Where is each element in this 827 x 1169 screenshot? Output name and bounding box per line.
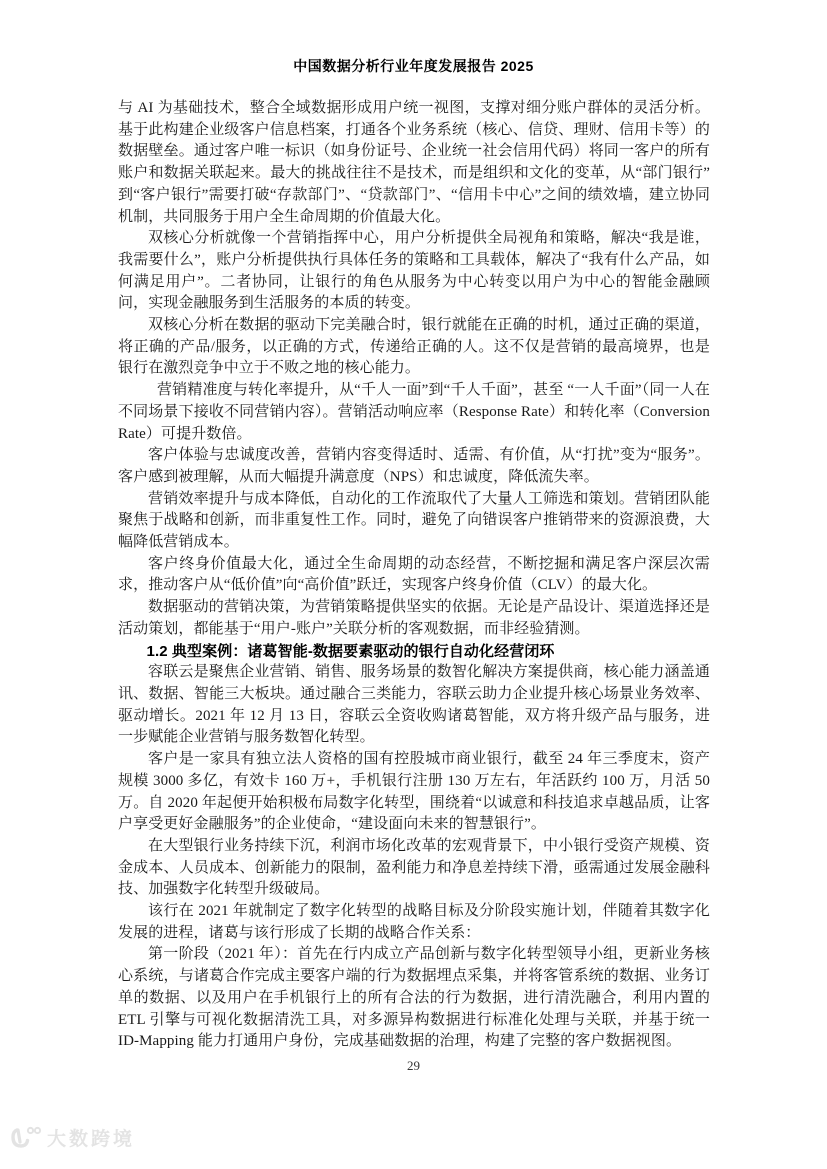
report-header-title: 中国数据分析行业年度发展报告 2025	[0, 0, 827, 76]
document-body: 与 AI 为基础技术，整合全域数据形成用户统一视图，支撑对细分账户群体的灵活分析…	[118, 98, 710, 1053]
paragraph: 客户体验与忠诚度改善，营销内容变得适时、适需、有价值，从“打扰”变为“服务”。客…	[118, 445, 710, 488]
watermark: 大数跨境	[10, 1124, 135, 1151]
document-page: 中国数据分析行业年度发展报告 2025 与 AI 为基础技术，整合全域数据形成用…	[0, 0, 827, 1169]
paragraph: 双核心分析在数据的驱动下完美融合时，银行就能在正确的时机，通过正确的渠道，将正确…	[118, 315, 710, 380]
paragraph: 客户终身价值最大化，通过全生命周期的动态经营，不断挖掘和满足客户深层次需求，推动…	[118, 554, 710, 597]
paragraph: 容联云是聚焦企业营销、销售、服务场景的数智化解决方案提供商，核心能力涵盖通讯、数…	[118, 662, 710, 749]
page-number: 29	[0, 1058, 827, 1074]
paragraph: 与 AI 为基础技术，整合全域数据形成用户统一视图，支撑对细分账户群体的灵活分析…	[118, 98, 710, 228]
paragraph: 双核心分析就像一个营销指挥中心，用户分析提供全局视角和策略，解决“我是谁，我需要…	[118, 228, 710, 315]
paragraph: 营销效率提升与成本降低，自动化的工作流取代了大量人工筛选和策划。营销团队能聚焦于…	[118, 489, 710, 554]
paragraph: 该行在 2021 年就制定了数字化转型的战略目标及分阶段实施计划，伴随着其数字化…	[118, 901, 710, 944]
paragraph: 数据驱动的营销决策，为营销策略提供坚实的依据。无论是产品设计、渠道选择还是活动策…	[118, 597, 710, 640]
section-heading-1-2: 1.2 典型案例：诸葛智能-数据要素驱动的银行自动化经营闭环	[118, 641, 710, 663]
paragraph: 第一阶段（2021 年）：首先在行内成立产品创新与数字化转型领导小组，更新业务核…	[118, 944, 710, 1053]
paragraph: 营销精准度与转化率提升，从“千人一面”到“千人千面”，甚至 “一人千面”（同一人…	[118, 380, 710, 445]
paragraph: 客户是一家具有独立法人资格的国有控股城市商业银行，截至 24 年三季度末，资产规…	[118, 749, 710, 836]
watermark-text: 大数跨境	[47, 1124, 135, 1151]
dashu-kuajing-logo-icon	[10, 1125, 42, 1151]
paragraph: 在大型银行业务持续下沉，利润市场化改革的宏观背景下，中小银行受资产规模、资金成本…	[118, 836, 710, 901]
